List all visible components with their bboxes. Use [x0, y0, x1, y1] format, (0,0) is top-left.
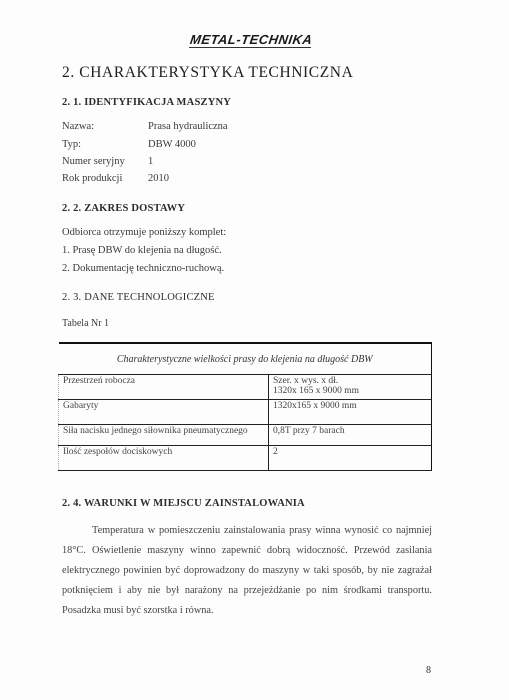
table-cell-name: Ilość zespołów dociskowych	[59, 446, 269, 471]
document-page: METAL-TECHNIKA 2. CHARAKTERYSTYKA TECHNI…	[0, 0, 509, 700]
table-row: Przestrzeń robocza Szer. x wys. x dł. 13…	[59, 375, 432, 400]
subsection-title-tech-data: 2. 3. DANE TECHNOLOGICZNE	[62, 292, 215, 303]
table-caption: Charakterystyczne wielkości prasy do kle…	[59, 343, 432, 375]
subsection-title-installation: 2. 4. WARUNKI W MIEJSCU ZAINSTALOWANIA	[62, 498, 305, 509]
installation-paragraph: Temperatura w pomieszczeniu zainstalowan…	[62, 521, 432, 621]
field-label-name: Nazwa:	[62, 121, 94, 132]
section-title: 2. CHARAKTERYSTYKA TECHNICZNA	[62, 64, 353, 82]
table-cell-value: Szer. x wys. x dł. 1320x 165 x 9000 mm	[269, 375, 432, 400]
table-cell-value: 0,8T przy 7 barach	[269, 425, 432, 446]
field-label-year: Rok produkcji	[62, 173, 122, 184]
table-cell-value-line: 1320x 165 x 9000 mm	[273, 386, 427, 396]
delivery-intro: Odbiorca otrzymuje poniższy komplet:	[62, 227, 226, 238]
page-number: 8	[426, 665, 431, 676]
table-row: Gabaryty 1320x165 x 9000 mm	[59, 400, 432, 425]
table-cell-name: Siła nacisku jednego siłownika pneumatyc…	[59, 425, 269, 446]
field-value-year: 2010	[148, 173, 169, 184]
table-label: Tabela Nr 1	[62, 318, 109, 329]
table-cell-value: 1320x165 x 9000 mm	[269, 400, 432, 425]
field-value-serial: 1	[148, 156, 153, 167]
table-cell-name: Przestrzeń robocza	[59, 375, 269, 400]
subsection-title-delivery: 2. 2. ZAKRES DOSTAWY	[62, 203, 185, 214]
field-label-serial: Numer seryjny	[62, 156, 125, 167]
field-label-type: Typ:	[62, 139, 81, 150]
delivery-item: 2. Dokumentację techniczno-ruchową.	[62, 263, 224, 274]
spec-table: Charakterystyczne wielkości prasy do kle…	[58, 342, 432, 471]
field-value-type: DBW 4000	[148, 139, 196, 150]
table-row: Siła nacisku jednego siłownika pneumatyc…	[59, 425, 432, 446]
table-row: Ilość zespołów dociskowych 2	[59, 446, 432, 471]
subsection-title-identification: 2. 1. IDENTYFIKACJA MASZYNY	[62, 97, 231, 108]
delivery-item: 1. Prasę DBW do klejenia na długość.	[62, 245, 222, 256]
field-value-name: Prasa hydrauliczna	[148, 121, 228, 132]
table-cell-value-line: Szer. x wys. x dł.	[273, 376, 427, 386]
company-logo: METAL-TECHNIKA	[189, 33, 313, 48]
table-cell-value: 2	[269, 446, 432, 471]
table-cell-name: Gabaryty	[59, 400, 269, 425]
